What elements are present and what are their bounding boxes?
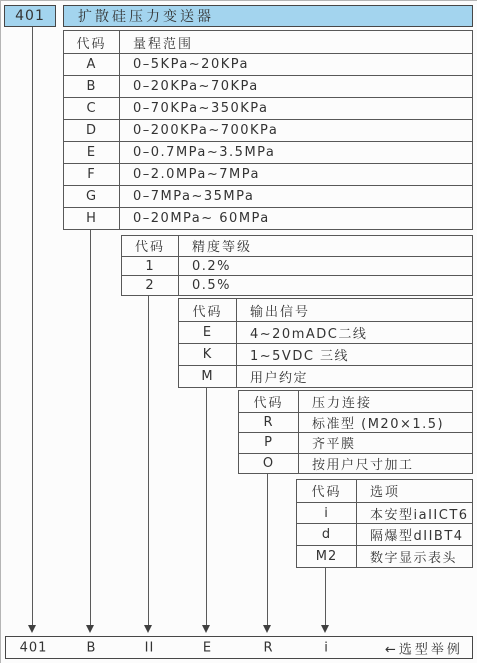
code-header-cell: 代码 — [297, 480, 357, 502]
code-cell: 2 — [122, 276, 179, 295]
desc-cell: 0–20KPa~70KPa — [120, 76, 472, 97]
table-header-row: 代码 压力连接 — [239, 391, 472, 412]
model-selection-chart: 401 扩散硅压力变送器 代码 量程范围 A 0–5KPa~20KPa B 0–… — [0, 0, 477, 663]
range-table: 代码 量程范围 A 0–5KPa~20KPa B 0–20KPa~70KPa C… — [63, 30, 473, 230]
example-value: R — [263, 640, 273, 655]
connector-line — [267, 474, 268, 625]
table-row: G 0–7MPa~35MPa — [64, 185, 472, 207]
table-row: B 0–20KPa~70KPa — [64, 75, 472, 97]
table-row: D 0–200KPa~700KPa — [64, 119, 472, 141]
table-row: M2 数字显示表头 — [297, 545, 472, 567]
table-row: F 0–2.0MPa~7MPa — [64, 163, 472, 185]
table-header-row: 代码 精度等级 — [122, 236, 472, 256]
code-cell: D — [64, 120, 120, 141]
table-row: i 本安型iaIICT6 — [297, 502, 472, 524]
table-row: 2 0.5% — [122, 275, 472, 295]
desc-cell: 0–0.7MPa~3.5MPa — [120, 142, 472, 163]
arrow-down-icon — [144, 625, 152, 633]
example-value: 401 — [20, 640, 48, 655]
code-cell: i — [297, 503, 357, 524]
code-header-cell: 代码 — [122, 236, 179, 256]
code-cell: E — [64, 142, 120, 163]
table-header-row: 代码 量程范围 — [64, 31, 472, 53]
example-row-box: 401 B II E R i ←选型举例 — [5, 636, 473, 659]
accuracy-table: 代码 精度等级 1 0.2% 2 0.5% — [121, 235, 473, 296]
table-row: R 标准型 (M20×1.5) — [239, 412, 472, 433]
code-cell: 1 — [122, 257, 179, 276]
code-cell: E — [179, 322, 237, 343]
selection-example-note: ←选型举例 — [385, 638, 463, 657]
code-cell: R — [239, 413, 299, 433]
output-signal-table: 代码 输出信号 E 4~20mADC二线 K 1~5VDC 三线 M 用户约定 — [178, 298, 473, 388]
example-value: B — [87, 640, 97, 655]
label-header-cell: 量程范围 — [120, 31, 472, 53]
code-cell: P — [239, 433, 299, 453]
code-cell: C — [64, 98, 120, 119]
example-value: i — [324, 640, 329, 655]
options-table: 代码 选项 i 本安型iaIICT6 d 隔爆型dIIBT4 M2 数字显示表头 — [296, 479, 473, 568]
code-cell: M — [179, 366, 237, 387]
connector-line — [90, 230, 91, 625]
table-row: E 4~20mADC二线 — [179, 321, 472, 343]
connector-line — [325, 568, 326, 625]
arrow-down-icon — [321, 625, 329, 633]
table-row: O 按用户尺寸加工 — [239, 453, 472, 474]
desc-cell: 0–2.0MPa~7MPa — [120, 164, 472, 185]
connector-line — [32, 27, 33, 625]
arrow-down-icon — [202, 625, 210, 633]
desc-cell: 0–200KPa~700KPa — [120, 120, 472, 141]
table-header-row: 代码 输出信号 — [179, 299, 472, 321]
model-code-label: 401 — [15, 8, 45, 24]
desc-cell: 0–20MPa~ 60MPa — [120, 208, 472, 229]
product-title: 扩散硅压力变送器 — [78, 6, 214, 26]
table-row: 1 0.2% — [122, 256, 472, 276]
desc-cell: 本安型iaIICT6 — [357, 503, 472, 524]
table-row: C 0–70KPa~350KPa — [64, 97, 472, 119]
table-row: M 用户约定 — [179, 365, 472, 387]
desc-cell: 隔爆型dIIBT4 — [357, 524, 472, 545]
desc-cell: 按用户尺寸加工 — [299, 454, 472, 474]
label-header-cell: 输出信号 — [237, 299, 472, 321]
table-row: H 0–20MPa~ 60MPa — [64, 207, 472, 229]
code-header-cell: 代码 — [239, 391, 299, 412]
code-cell: G — [64, 186, 120, 207]
example-value: E — [203, 640, 212, 655]
desc-cell: 0.2% — [179, 257, 472, 276]
desc-cell: 0.5% — [179, 276, 472, 295]
arrow-down-icon — [86, 625, 94, 633]
desc-cell: 1~5VDC 三线 — [237, 344, 472, 365]
table-header-row: 代码 选项 — [297, 480, 472, 502]
table-row: E 0–0.7MPa~3.5MPa — [64, 141, 472, 163]
desc-cell: 齐平膜 — [299, 433, 472, 453]
label-header-cell: 选项 — [357, 480, 472, 502]
desc-cell: 标准型 (M20×1.5) — [299, 413, 472, 433]
desc-cell: 数字显示表头 — [357, 546, 472, 567]
desc-cell: 用户约定 — [237, 366, 472, 387]
code-cell: K — [179, 344, 237, 365]
code-header-cell: 代码 — [179, 299, 237, 321]
pressure-connection-table: 代码 压力连接 R 标准型 (M20×1.5) P 齐平膜 O 按用户尺寸加工 — [238, 390, 473, 474]
connector-line — [206, 388, 207, 625]
arrow-down-icon — [28, 625, 36, 633]
table-row: P 齐平膜 — [239, 432, 472, 453]
example-value: II — [145, 640, 155, 655]
code-cell: F — [64, 164, 120, 185]
code-cell: O — [239, 454, 299, 474]
code-cell: d — [297, 524, 357, 545]
connector-line — [148, 296, 149, 625]
desc-cell: 4~20mADC二线 — [237, 322, 472, 343]
code-cell: H — [64, 208, 120, 229]
label-header-cell: 压力连接 — [299, 391, 472, 412]
code-cell: M2 — [297, 546, 357, 567]
arrow-down-icon — [263, 625, 271, 633]
desc-cell: 0–70KPa~350KPa — [120, 98, 472, 119]
code-cell: A — [64, 54, 120, 75]
table-row: A 0–5KPa~20KPa — [64, 53, 472, 75]
label-header-cell: 精度等级 — [179, 236, 472, 256]
product-title-box: 扩散硅压力变送器 — [63, 5, 473, 27]
desc-cell: 0–7MPa~35MPa — [120, 186, 472, 207]
table-row: K 1~5VDC 三线 — [179, 343, 472, 365]
code-header-cell: 代码 — [64, 31, 120, 53]
desc-cell: 0–5KPa~20KPa — [120, 54, 472, 75]
code-cell: B — [64, 76, 120, 97]
model-code-box: 401 — [4, 5, 56, 27]
table-row: d 隔爆型dIIBT4 — [297, 523, 472, 545]
